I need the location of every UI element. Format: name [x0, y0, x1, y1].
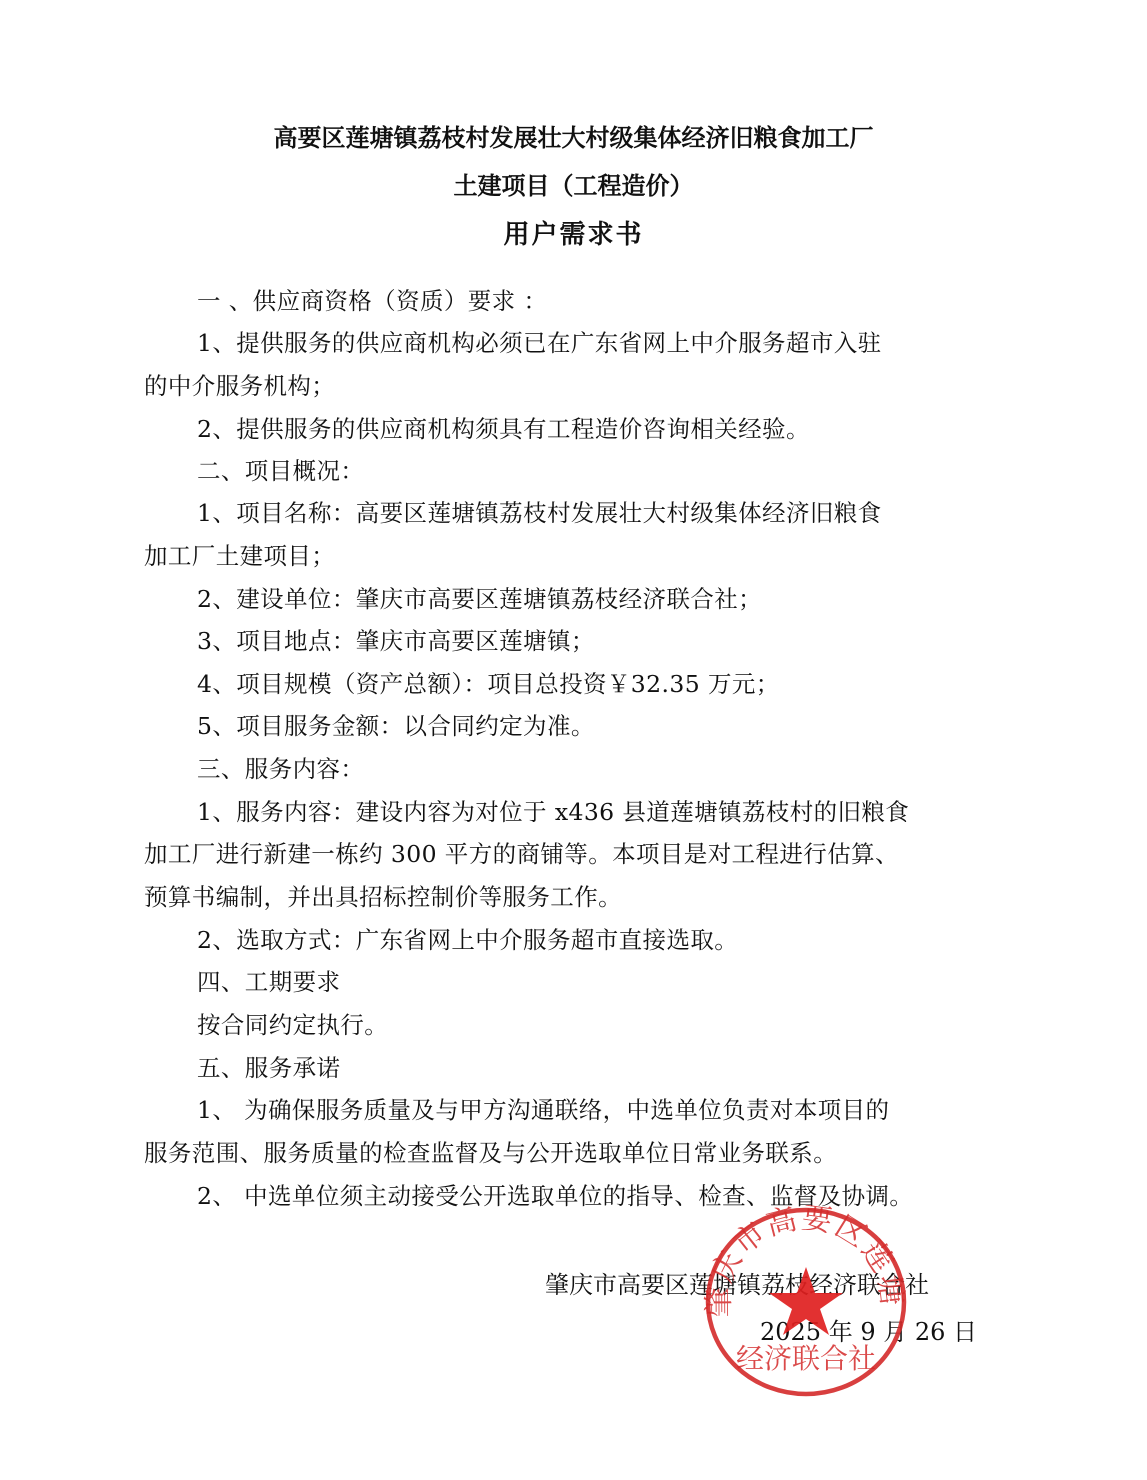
commitment-item-1-cont: 服务范围、服务质量的检查监督及与公开选取单位日常业务联系。 — [144, 1134, 837, 1168]
overview-item-4: 4、项目规模（资产总额）：项目总投资￥32.35 万元； — [197, 665, 780, 699]
overview-item-1: 1、项目名称：高要区莲塘镇荔枝村发展壮大村级集体经济旧粮食 — [197, 494, 882, 528]
section-heading-qualifications: 一 、供应商资格（资质）要求 ： — [197, 282, 547, 316]
service-item-2: 2、选取方式：广东省网上中介服务超市直接选取。 — [197, 921, 738, 955]
svg-text:肇庆市高要区莲塘镇荔枝: 肇庆市高要区莲塘镇荔枝 — [703, 1205, 909, 1317]
service-item-1: 1、服务内容：建设内容为对位于 x436 县道莲塘镇荔枝村的旧粮食 — [197, 793, 909, 827]
service-item-1-cont2: 预算书编制，并出具招标控制价等服务工作。 — [144, 878, 622, 912]
schedule-item-1: 按合同约定执行。 — [197, 1006, 388, 1040]
overview-item-2: 2、建设单位：肇庆市高要区莲塘镇荔枝经济联合社； — [197, 580, 762, 614]
signature-organization: 肇庆市高要区莲塘镇荔枝经济联合社 — [545, 1265, 929, 1300]
section-heading-service-content: 三、服务内容： — [197, 750, 364, 784]
qualification-item-2: 2、提供服务的供应商机构须具有工程造价咨询相关经验。 — [197, 410, 810, 444]
document-title: 用户需求书 — [0, 214, 1147, 251]
qualification-item-1: 1、提供服务的供应商机构必须已在广东省网上中介服务超市入驻 — [197, 324, 882, 358]
section-heading-schedule: 四、工期要求 — [197, 963, 340, 997]
section-heading-overview: 二、项目概况： — [197, 452, 364, 486]
overview-item-5: 5、项目服务金额：以合同约定为准。 — [197, 707, 595, 741]
signature-date: 2025 年 9 月 26 日 — [760, 1312, 977, 1347]
seal-top-text: 肇庆市高要区莲塘镇荔枝 — [703, 1205, 909, 1317]
document-page: 高要区莲塘镇荔枝村发展壮大村级集体经济旧粮食加工厂 土建项目（工程造价） 用户需… — [0, 0, 1147, 1480]
commitment-item-2: 2、 中选单位须主动接受公开选取单位的指导、检查、监督及协调。 — [197, 1177, 913, 1211]
official-seal-stamp: 肇庆市高要区莲塘镇荔枝 经济联合社 — [703, 1205, 909, 1399]
qualification-item-1-cont: 的中介服务机构； — [144, 367, 335, 401]
overview-item-3: 3、项目地点：肇庆市高要区莲塘镇； — [197, 622, 595, 656]
section-heading-commitment: 五、服务承诺 — [197, 1049, 340, 1083]
service-item-1-cont1: 加工厂进行新建一栋约 300 平方的商铺等。本项目是对工程进行估算、 — [144, 835, 899, 869]
overview-item-1-cont: 加工厂土建项目； — [144, 537, 335, 571]
commitment-item-1: 1、 为确保服务质量及与甲方沟通联络，中选单位负责对本项目的 — [197, 1091, 889, 1125]
document-title-line1: 高要区莲塘镇荔枝村发展壮大村级集体经济旧粮食加工厂 — [0, 118, 1147, 153]
document-title-line2: 土建项目（工程造价） — [0, 166, 1147, 201]
